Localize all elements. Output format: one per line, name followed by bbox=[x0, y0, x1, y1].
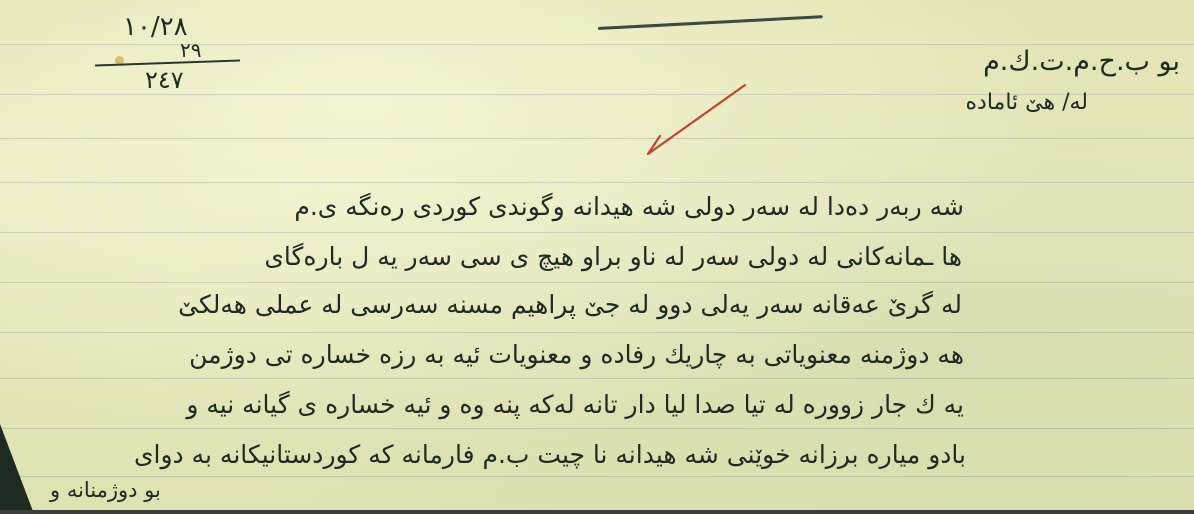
ruled-line bbox=[0, 378, 1194, 379]
body-line-2: ها ـمانەكانی لە دولی سەر لە ناو براو هیچ… bbox=[264, 242, 962, 271]
ruled-line bbox=[0, 138, 1194, 139]
fraction-result: ٢٤٧ bbox=[145, 66, 184, 94]
body-line-1: شە ربەر دەدا لە سەر دولی شە هیدانە وگوند… bbox=[294, 192, 964, 221]
ruled-line bbox=[0, 232, 1194, 233]
body-line-6: بادو میارە برزانە خوێنی شە هیدانە نا چیت… bbox=[134, 440, 966, 469]
ruled-line bbox=[0, 332, 1194, 333]
ruled-line bbox=[0, 428, 1194, 429]
scan-bottom-edge bbox=[0, 510, 1194, 514]
red-arrow-icon bbox=[640, 80, 750, 160]
fraction-denominator: ٢٩ bbox=[180, 38, 201, 62]
body-line-7: بو دوژمنانە و bbox=[50, 478, 161, 502]
body-line-4: هە دوژمنە معنویاتی بە چاریك رفادە و معنو… bbox=[189, 340, 964, 369]
reference-line: بو ب.ح.م.ت.ك.م bbox=[983, 46, 1180, 77]
ruled-line bbox=[0, 182, 1194, 183]
fraction-numerator: ١٠/٢٨ bbox=[123, 12, 188, 42]
ruled-line bbox=[0, 476, 1194, 477]
scan-corner-shadow bbox=[0, 424, 34, 514]
addressee-line: لە/ هێ ئامادە bbox=[966, 90, 1088, 115]
body-line-5: یە ك جار زوورە لە تیا صدا لیا دار تانە ل… bbox=[186, 390, 964, 419]
ruled-line bbox=[0, 282, 1194, 283]
margin-calculation: ١٠/٢٨ ٢٩ ٢٤٧ bbox=[95, 12, 245, 92]
body-line-3: لە گرێ عەقانە سەر یەلی دوو لە جێ پراهیم … bbox=[178, 290, 962, 319]
